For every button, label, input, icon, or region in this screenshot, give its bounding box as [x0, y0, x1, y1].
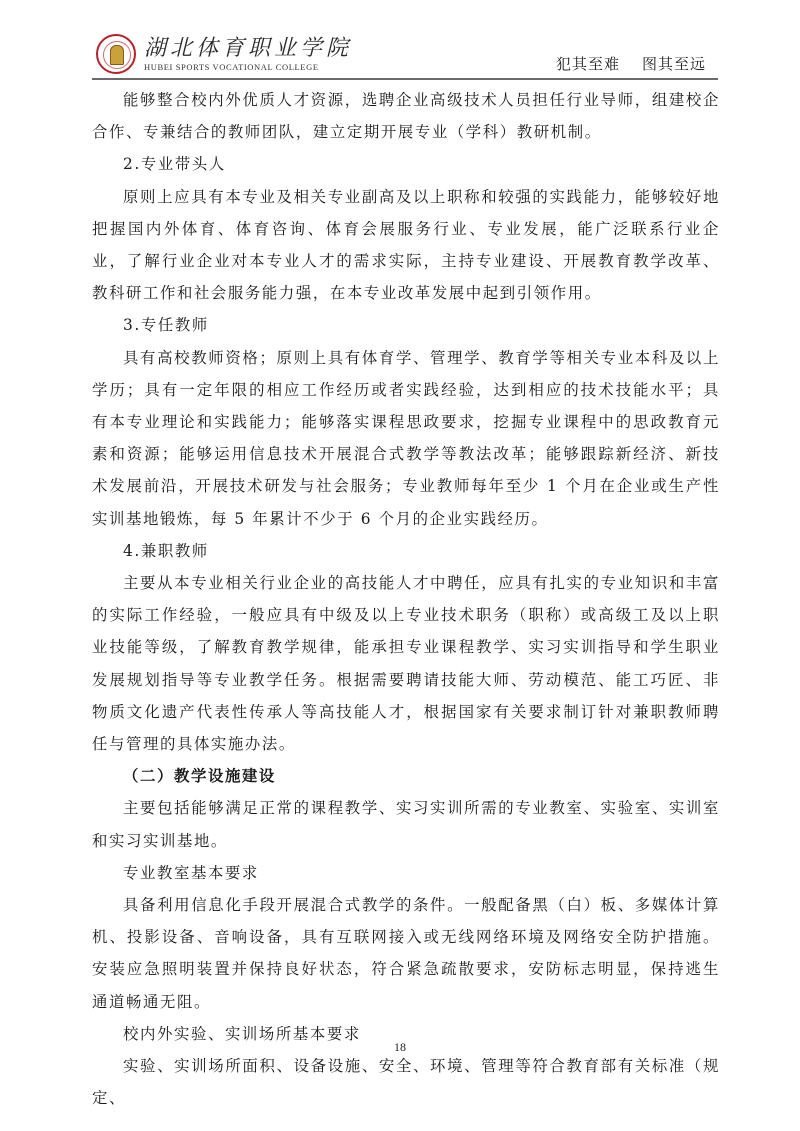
college-name-en: HUBEI SPORTS VOCATIONAL COLLEGE	[144, 62, 352, 72]
body-paragraph: 主要从本专业相关行业企业的高技能人才中聘任，应具有扎实的专业知识和丰富的实际工作…	[92, 567, 720, 760]
body-paragraph: 具备利用信息化手段开展混合式教学的条件。一般配备黑（白）板、多媒体计算机、投影设…	[92, 889, 720, 1018]
body-paragraph: 能够整合校内外优质人才资源，选聘企业高级技术人员担任行业导师，组建校企合作、专兼…	[92, 84, 720, 148]
college-emblem-icon	[96, 34, 136, 74]
page-number: 18	[0, 1040, 800, 1055]
college-motto: 犯其至难图其至远	[556, 53, 706, 74]
section-heading: （二）教学设施建设	[92, 760, 720, 792]
document-body: 能够整合校内外优质人才资源，选聘企业高级技术人员担任行业导师，组建校企合作、专兼…	[92, 84, 720, 1115]
body-paragraph: 具有高校教师资格；原则上具有体育学、管理学、教育学等相关专业本科及以上学历；具有…	[92, 342, 720, 535]
body-paragraph: 原则上应具有本专业及相关专业副高及以上职称和较强的实践能力，能够较好地把握国内外…	[92, 181, 720, 310]
subheading: 2.专业带头人	[92, 148, 720, 180]
page-header: 湖北体育职业学院 HUBEI SPORTS VOCATIONAL COLLEGE…	[92, 28, 718, 80]
motto-left: 犯其至难	[556, 55, 620, 73]
subheading: 专业教室基本要求	[92, 857, 720, 889]
body-paragraph: 主要包括能够满足正常的课程教学、实习实训所需的专业教室、实验室、实训室和实习实训…	[92, 792, 720, 856]
subheading: 4.兼职教师	[92, 535, 720, 567]
college-logo: 湖北体育职业学院 HUBEI SPORTS VOCATIONAL COLLEGE	[96, 34, 352, 74]
college-name-cn: 湖北体育职业学院	[144, 36, 352, 62]
subheading: 3.专任教师	[92, 309, 720, 341]
motto-right: 图其至远	[642, 55, 706, 73]
body-paragraph: 实验、实训场所面积、设备设施、安全、环境、管理等符合教育部有关标准（规定、	[92, 1050, 720, 1114]
